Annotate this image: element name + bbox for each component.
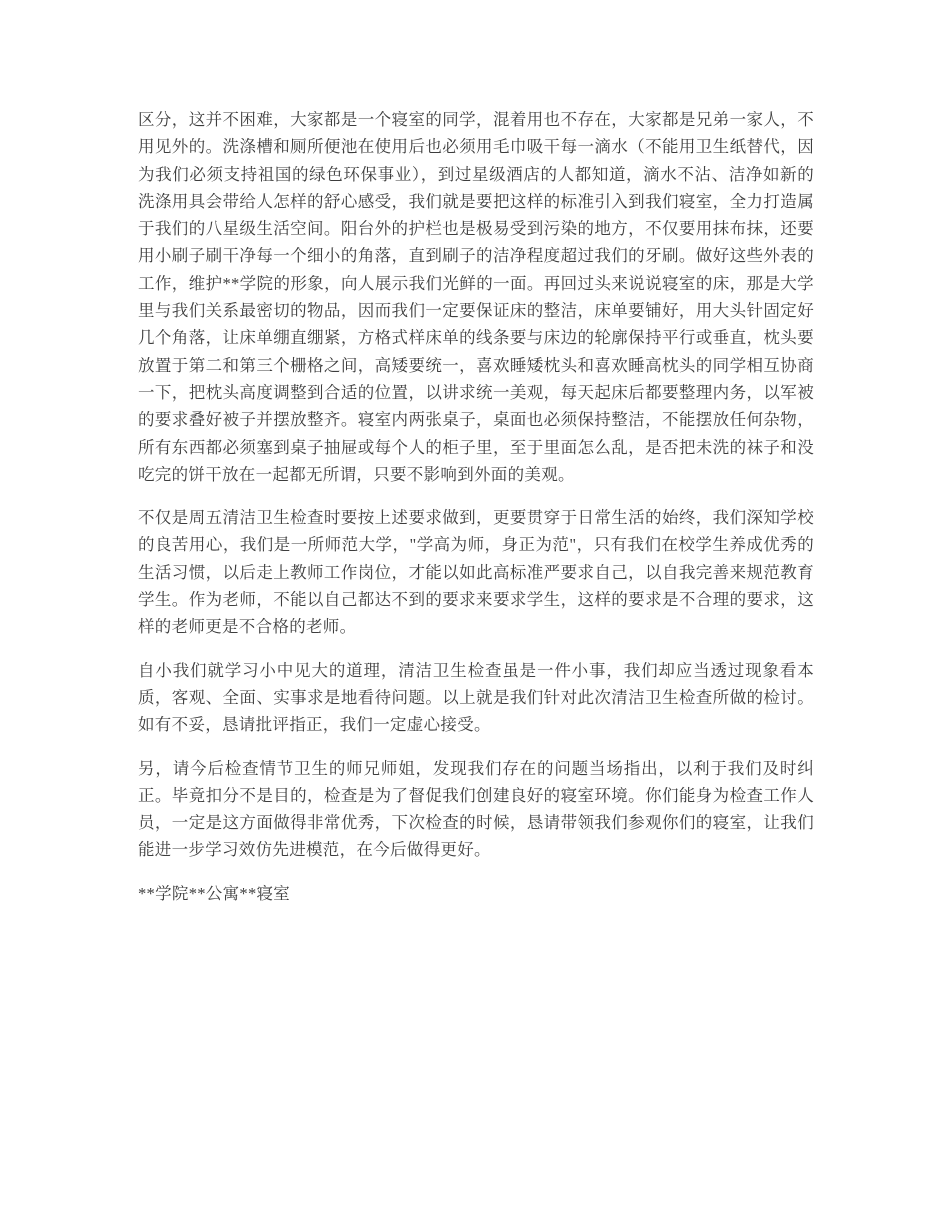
paragraph-body-4: 另，请今后检查情节卫生的师兄师姐，发现我们存在的问题当场指出，以利于我们及时纠正… [138, 755, 814, 864]
document-page: 区分，这并不困难，大家都是一个寝室的同学，混着用也不存在，大家都是兄弟一家人，不… [138, 106, 814, 907]
paragraph-body-1: 区分，这并不困难，大家都是一个寝室的同学，混着用也不存在，大家都是兄弟一家人，不… [138, 106, 814, 488]
signature-line: **学院**公寓**寝室 [138, 880, 814, 907]
paragraph-body-2: 不仅是周五清洁卫生检查时要按上述要求做到，更要贯穿于日常生活的始终，我们深知学校… [138, 504, 814, 640]
paragraph-body-3: 自小我们就学习小中见大的道理，清洁卫生检查虽是一件小事，我们却应当透过现象看本质… [138, 657, 814, 739]
